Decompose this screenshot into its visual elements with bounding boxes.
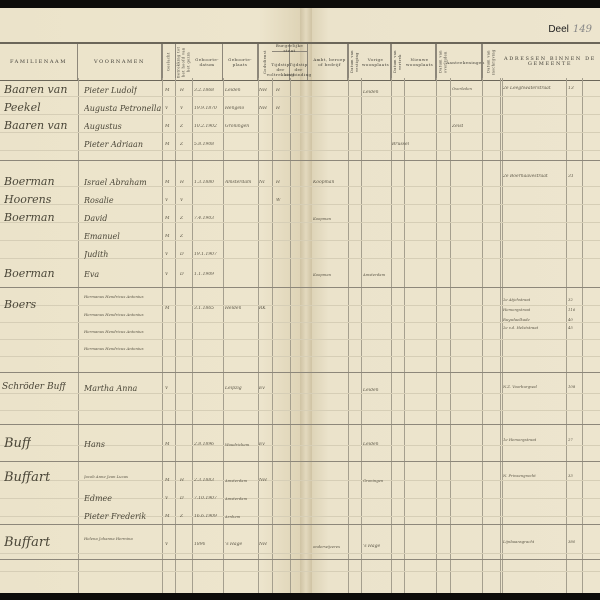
house-number: 27 <box>568 437 573 442</box>
given-names: Pieter Adriaan <box>84 140 143 149</box>
address: 2e Leeghwaterstraat <box>503 86 551 91</box>
given-names: David <box>84 214 107 223</box>
birth-date: 1890 <box>194 542 205 547</box>
birth-date: 7.10.1907 <box>194 496 217 501</box>
given-names: Hermanus Hendricus Antonius <box>84 312 160 318</box>
birth-place: Helden <box>225 306 241 311</box>
surname: Baaren van <box>4 83 67 96</box>
religion: RK <box>259 306 266 311</box>
header-voornamen: VOORNAMEN <box>78 44 162 80</box>
occupation: Koopman <box>313 272 331 277</box>
relation: H <box>180 478 184 483</box>
birth-place: Amsterdam <box>225 496 247 501</box>
birth-place: 's Hage <box>225 542 242 547</box>
given-names: Rosalie <box>84 196 114 205</box>
address: Lijnbaansgracht <box>503 539 534 544</box>
family-separator <box>0 160 600 161</box>
given-names: Judith <box>84 250 108 259</box>
family-separator <box>0 461 600 462</box>
sex: V <box>165 496 168 501</box>
sex: V <box>165 106 168 111</box>
family-separator <box>0 287 600 288</box>
family-separator <box>0 524 600 525</box>
given-names: Pieter Frederik <box>84 512 146 521</box>
header-adressen: ADRESSEN BINNEN DE GEMEENTE <box>500 44 600 80</box>
surname: Hoorens <box>4 193 51 206</box>
birth-place: Groningen <box>225 124 249 129</box>
header-geboortedatum: Geboorte- datum <box>192 44 223 80</box>
house-number: 40 <box>568 317 573 322</box>
surname: Boerman <box>4 211 55 224</box>
previous-residence: Leiden <box>363 388 379 393</box>
sex: M <box>165 124 170 129</box>
address: 2e Boerhaavestraat <box>503 174 548 179</box>
relation: V <box>180 198 183 203</box>
given-names: Edmee <box>84 494 112 503</box>
surname: Boerman <box>4 267 55 280</box>
relation: Z <box>180 216 183 221</box>
sex: M <box>165 478 170 483</box>
birth-place: Hengelo <box>225 106 244 111</box>
house-number: 31 <box>568 174 574 179</box>
occupation: Koopman <box>313 216 331 221</box>
relation: Z <box>180 124 183 129</box>
birth-date: 1.3.1880 <box>194 180 214 185</box>
sex: V <box>165 252 168 257</box>
birth-place: Leipzig <box>225 386 242 391</box>
address: Hemonystraat <box>503 307 530 312</box>
given-names: Augustus <box>84 122 122 131</box>
religion: NH <box>259 542 267 547</box>
given-names: Hermanus Hendricus Antonius <box>84 329 160 335</box>
previous-residence: 's Hage <box>363 544 380 549</box>
header-geslacht: Geslacht <box>162 44 175 80</box>
address: 2e Atjehstraat <box>503 297 530 302</box>
given-names: Pieter Ludolf <box>84 86 137 95</box>
birth-date: 16.6.1909 <box>194 514 217 519</box>
house-number: 45 <box>568 325 573 330</box>
house-number: 108 <box>568 384 575 389</box>
relation: Z <box>180 142 183 147</box>
house-number: 116 <box>568 307 575 312</box>
birth-date: 1.1.1909 <box>194 272 214 277</box>
address: N.Z. Voorburgwal <box>503 384 537 389</box>
given-names: Hans <box>84 440 105 449</box>
religion: NH <box>259 478 267 483</box>
given-names: Eva <box>84 270 99 279</box>
note: Overleden <box>452 86 472 91</box>
occupation: onderwijzeres <box>313 544 340 549</box>
deel-label: Deel <box>548 24 569 35</box>
sex: V <box>165 542 168 547</box>
religion: NI <box>259 180 265 185</box>
header-datum-vertrek: Datum van vertrek <box>391 44 404 80</box>
surname: Buffart <box>4 470 50 485</box>
relation: V <box>180 106 183 111</box>
header-familienaam: FAMILIENAAM <box>0 44 78 80</box>
surname: Boers <box>4 298 36 311</box>
relation: H <box>180 88 184 93</box>
birth-date: 19.9.1870 <box>194 106 217 111</box>
relation: H <box>180 180 184 185</box>
given-names: Augusta Petronella <box>84 104 161 113</box>
surname: Peekel <box>4 101 41 114</box>
header-datum-vestiging: Datum van vestiging <box>348 44 361 80</box>
column-header-row: FAMILIENAAM VOORNAMEN Geslacht Betrekkin… <box>0 42 600 81</box>
relation: D <box>180 252 184 257</box>
address: N. Prinsengracht <box>503 473 536 478</box>
relation: Z <box>180 514 183 519</box>
house-number: 13 <box>568 86 574 91</box>
religion: Ev <box>259 386 265 391</box>
previous-residence: Zeist <box>452 124 463 129</box>
sex: M <box>165 142 170 147</box>
relation: D <box>180 272 184 277</box>
family-separator <box>0 424 600 425</box>
birth-place: Leiden <box>225 88 241 93</box>
deel-number: 149 <box>573 24 592 35</box>
address: Ruysdaelkade <box>503 317 530 322</box>
birth-date: 3.1.1865 <box>194 306 214 311</box>
birth-place: Amsterdam <box>225 478 247 483</box>
header-datum-inschrijving: Datum van inschrijving <box>482 44 500 80</box>
address: 2e v.d. Helststraat <box>503 325 538 330</box>
birth-date: 7.4.1903 <box>194 216 214 221</box>
birth-place: Amsterdam <box>225 180 251 185</box>
sex: M <box>165 234 170 239</box>
given-names: Hermanus Hendricus Antonius <box>84 346 160 352</box>
sex: V <box>165 198 168 203</box>
given-names: Emanuel <box>84 232 120 241</box>
surname: Baaren van <box>4 119 67 132</box>
relation: Z <box>180 234 183 239</box>
sex: V <box>165 272 168 277</box>
header-vorige-woonplaats: Vorige woonplaats <box>361 44 391 80</box>
header-beroep: Ambt, beroep of bedrijf <box>312 44 348 80</box>
birth-place: Woudrichem <box>225 442 249 447</box>
sex: M <box>165 306 170 311</box>
header-burgerlijke-staat: Burgerlijke staat <box>272 44 308 52</box>
birth-date: 3.2.1868 <box>194 88 214 93</box>
civil-state: W <box>276 198 281 203</box>
volume-label: Deel149 <box>548 24 592 35</box>
occupation: Koopman <box>313 180 334 185</box>
house-number: 32 <box>568 297 573 302</box>
civil-state: H <box>276 88 280 93</box>
given-names: Martha Anna <box>84 384 137 393</box>
family-separator <box>0 559 600 560</box>
house-number: 33 <box>568 473 573 478</box>
civil-state: H <box>276 180 280 185</box>
given-names: Helena Johanna Hermina <box>84 536 160 542</box>
surname: Buffart <box>4 535 50 550</box>
previous-residence: Amsterdam <box>363 272 385 277</box>
register-book: Deel149 FAMILIENAAM VOORNAMEN Geslacht B… <box>0 8 600 593</box>
given-names: Israel Abraham <box>84 178 147 187</box>
religion: Ev <box>259 442 265 447</box>
sex: V <box>165 386 168 391</box>
birth-place: Arnhem <box>225 514 240 519</box>
surname: Schröder Buff <box>2 382 66 392</box>
religion: NH <box>259 88 267 93</box>
surname: Buff <box>4 436 31 451</box>
religion: NH <box>259 106 267 111</box>
sex: M <box>165 442 170 447</box>
previous-residence: Groningen <box>363 478 383 483</box>
header-nieuwe-woonplaats: Nieuwe woonplaats <box>404 44 436 80</box>
previous-residence: Leiden <box>363 90 379 95</box>
sex: M <box>165 180 170 185</box>
address: 1e Hemonystraat <box>503 437 536 442</box>
sex: M <box>165 514 170 519</box>
given-names: Hermanus Hendricus Antonius <box>84 294 160 300</box>
family-separator <box>0 372 600 373</box>
given-names: Jacob Anne Jean Lucas <box>84 474 160 480</box>
birth-date: 19.1.1907 <box>194 252 217 257</box>
birth-date: 5.8.1908 <box>194 142 214 147</box>
header-aanteekeningen: Aanteekeningen <box>450 44 482 80</box>
sex: M <box>165 216 170 221</box>
civil-state: H <box>276 106 280 111</box>
header-betrekking: Betrekking tot het hoofd van het gezin <box>175 44 192 80</box>
birth-date: 2.3.1883 <box>194 478 214 483</box>
house-number: 380 <box>568 539 575 544</box>
sex: M <box>165 88 170 93</box>
surname: Boerman <box>4 175 55 188</box>
new-residence: Brussel <box>392 142 409 147</box>
relation: D <box>180 496 184 501</box>
header-geboorteplaats: Geboorte- plaats <box>223 44 258 80</box>
birth-date: 2.8.1896 <box>194 442 214 447</box>
birth-date: 10.2.1902 <box>194 124 217 129</box>
previous-residence: Leiden <box>363 442 379 447</box>
